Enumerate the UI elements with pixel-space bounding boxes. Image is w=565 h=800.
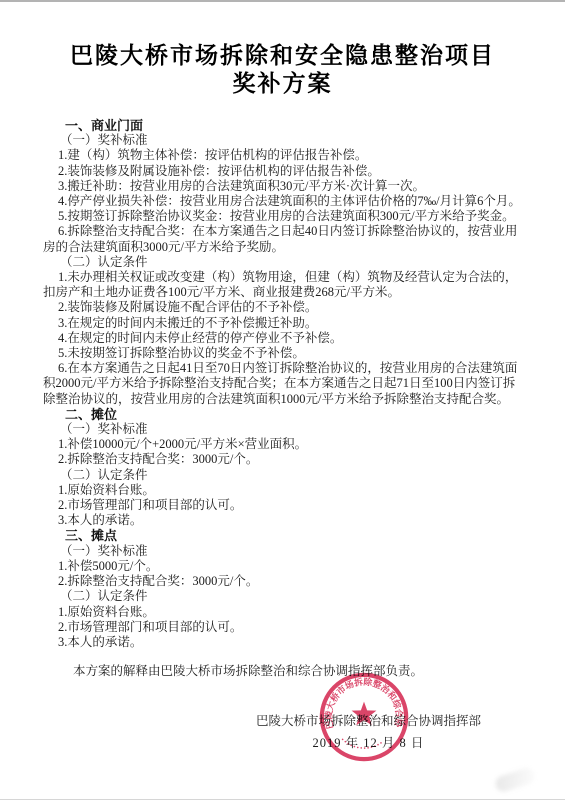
document-body: 一、商业门面 （一）奖补标准 1.建（构）筑物主体补偿：按评估机构的评估报告补偿… <box>0 118 565 679</box>
list-item: 5.未按期签订拆除整治协议的奖金不予补偿。 <box>43 346 522 361</box>
document-page: 巴陵大桥市场拆除和安全隐患整治项目 奖补方案 一、商业门面 （一）奖补标准 1.… <box>0 0 565 800</box>
section-heading-vendor-spot: 三、摊点 <box>43 528 522 543</box>
list-item: 1.补偿5000元/个。 <box>43 559 522 574</box>
list-item: 6.在本方案通告之日起41日至70日内签订拆除整治协议的，按营业用房的合法建筑面… <box>43 361 522 407</box>
list-item: 4.停产停业损失补偿：按营业用房合法建筑面积的主体评估价格的7‰/月计算6个月。 <box>43 194 522 209</box>
list-item: 6.拆除整治支持配合奖：在本方案通告之日起40日内签订拆除整治协议的，按营业用房… <box>43 224 522 254</box>
list-item: 2.拆除整治支持配合奖：3000元/个。 <box>43 574 522 589</box>
list-item: 1.建（构）筑物主体补偿：按评估机构的评估报告补偿。 <box>43 148 522 163</box>
list-item: 2.市场管理部门和项目部的认可。 <box>43 620 522 635</box>
list-item: 2.装饰装修及附属设施不配合评估的不予补偿。 <box>43 300 522 315</box>
list-item: 1.补偿10000元/个+2000元/平方米×营业面积。 <box>43 437 522 452</box>
list-item: 1.未办理相关权证或改变建（构）筑物用途，但建（构）筑物及经营认定为合法的，扣房… <box>43 270 522 300</box>
scan-smudge <box>494 766 537 794</box>
official-seal-stamp: 巴陵大桥市场拆除整治和综合协调指挥部 ••••••••••••• <box>318 671 410 763</box>
title-line-1: 巴陵大桥市场拆除和安全隐患整治项目 <box>0 42 565 70</box>
list-item: 2.拆除整治支持配合奖：3000元/个。 <box>43 452 522 467</box>
subsection-label: （二）认定条件 <box>43 255 522 270</box>
list-item: 3.在规定的时间内未搬迁的不予补偿搬迁补助。 <box>43 316 522 331</box>
list-item: 3.本人的承诺。 <box>43 513 522 528</box>
seal-serial-marks: ••••••••••••• <box>339 737 385 751</box>
title-line-2: 奖补方案 <box>0 70 565 98</box>
subsection-label: （一）奖补标准 <box>43 544 522 559</box>
svg-text:•••••••••••••: ••••••••••••• <box>339 737 385 751</box>
section-heading-commercial: 一、商业门面 <box>43 118 522 133</box>
subsection-label: （一）奖补标准 <box>43 133 522 148</box>
list-item: 1.原始资料台账。 <box>43 605 522 620</box>
list-item: 3.搬迁补助：按营业用房的合法建筑面积30元/平方米·次计算一次。 <box>43 179 522 194</box>
list-item: 2.装饰装修及附属设施补偿：按评估机构的评估报告补偿。 <box>43 164 522 179</box>
list-item: 4.在规定的时间内未停止经营的停产停业不予补偿。 <box>43 331 522 346</box>
subsection-label: （二）认定条件 <box>43 589 522 604</box>
list-item: 5.按期签订拆除整治协议奖金：按营业用房的合法建筑面积300元/平方米给予奖金。 <box>43 209 522 224</box>
subsection-label: （一）奖补标准 <box>43 422 522 437</box>
document-title: 巴陵大桥市场拆除和安全隐患整治项目 奖补方案 <box>0 42 565 98</box>
section-heading-stall: 二、摊位 <box>43 407 522 422</box>
subsection-label: （二）认定条件 <box>43 468 522 483</box>
list-item: 2.市场管理部门和项目部的认可。 <box>43 498 522 513</box>
seal-star-icon <box>352 702 377 726</box>
list-item: 1.原始资料台账。 <box>43 483 522 498</box>
list-item: 3.本人的承诺。 <box>43 635 522 650</box>
interpretation-note: 本方案的解释由巴陵大桥市场拆除整治和综合协调指挥部负责。 <box>43 664 522 679</box>
